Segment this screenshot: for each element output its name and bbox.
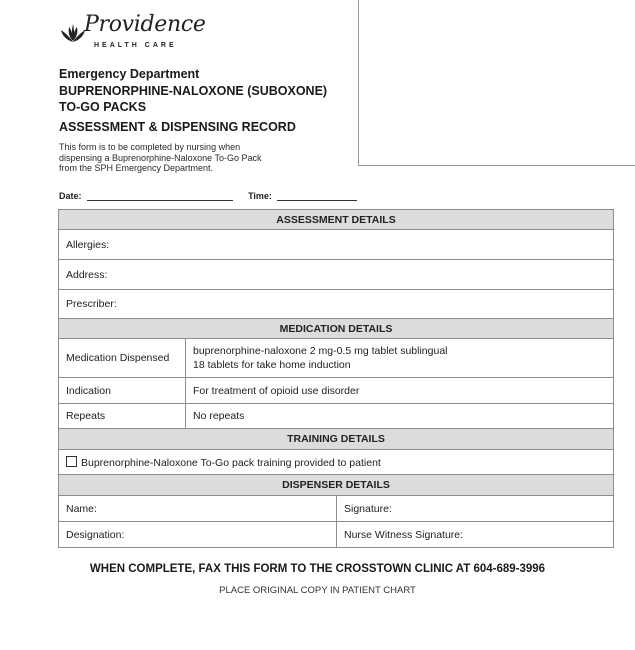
training-row: Buprenorphine-Naloxone To-Go pack traini… (59, 450, 614, 475)
signature-field[interactable]: Signature: (337, 496, 614, 522)
department-title: Emergency Department (59, 66, 327, 83)
intro-line: dispensing a Buprenorphine-Naloxone To-G… (59, 153, 299, 164)
date-label: Date: (59, 191, 82, 201)
dispenser-name-field[interactable]: Name: (59, 496, 337, 522)
training-section-header: TRAINING DETAILS (59, 429, 614, 450)
dispensing-record-table: ASSESSMENT DETAILS Allergies: Address: P… (58, 209, 614, 548)
label-placement-box (358, 0, 635, 166)
fax-instruction: WHEN COMPLETE, FAX THIS FORM TO THE CROS… (0, 563, 635, 575)
prescriber-label: Prescriber: (66, 298, 117, 310)
medication-line: buprenorphine-naloxone 2 mg-0.5 mg table… (193, 344, 606, 358)
time-label: Time: (248, 191, 272, 201)
medication-section-header: MEDICATION DETAILS (59, 319, 614, 339)
form-instructions: This form is to be completed by nursing … (59, 142, 299, 174)
time-field[interactable] (277, 191, 357, 201)
name-label: Name: (66, 503, 97, 515)
address-label: Address: (66, 269, 107, 281)
date-field[interactable] (87, 191, 233, 201)
chart-instruction: PLACE ORIGINAL COPY IN PATIENT CHART (0, 585, 635, 596)
assessment-section-header: ASSESSMENT DETAILS (59, 210, 614, 230)
designation-label: Designation: (66, 529, 124, 541)
medication-line: 18 tablets for take home induction (193, 358, 606, 372)
prescriber-field[interactable]: Prescriber: (59, 290, 614, 319)
training-checkbox-label: Buprenorphine-Naloxone To-Go pack traini… (81, 457, 381, 469)
drug-title: BUPRENORPHINE-NALOXONE (SUBOXONE) (59, 83, 327, 100)
record-title: ASSESSMENT & DISPENSING RECORD (59, 120, 296, 134)
intro-line: This form is to be completed by nursing … (59, 142, 299, 153)
logo-tagline: HEALTH CARE (94, 42, 177, 49)
intro-line: from the SPH Emergency Department. (59, 163, 299, 174)
lotus-leaf-icon (60, 22, 86, 44)
nurse-witness-signature-field[interactable]: Nurse Witness Signature: (337, 522, 614, 548)
form-title-block: Emergency Department BUPRENORPHINE-NALOX… (59, 66, 327, 116)
date-time-line: Date: Time: (59, 191, 357, 201)
repeats-value: No repeats (186, 404, 614, 429)
pack-title: TO-GO PACKS (59, 99, 327, 116)
indication-label: Indication (59, 378, 186, 404)
medication-dispensed-label: Medication Dispensed (59, 339, 186, 378)
medication-dispensed-value: buprenorphine-naloxone 2 mg-0.5 mg table… (186, 339, 614, 378)
witness-label: Nurse Witness Signature: (344, 529, 463, 541)
designation-field[interactable]: Designation: (59, 522, 337, 548)
indication-value: For treatment of opioid use disorder (186, 378, 614, 404)
dispenser-section-header: DISPENSER DETAILS (59, 475, 614, 496)
repeats-label: Repeats (59, 404, 186, 429)
allergies-label: Allergies: (66, 239, 109, 251)
providence-logo: Providence HEALTH CARE (60, 12, 180, 56)
training-provided-checkbox[interactable] (66, 456, 77, 467)
signature-label: Signature: (344, 503, 392, 515)
allergies-field[interactable]: Allergies: (59, 230, 614, 260)
address-field[interactable]: Address: (59, 260, 614, 290)
logo-wordmark: Providence (84, 12, 206, 37)
